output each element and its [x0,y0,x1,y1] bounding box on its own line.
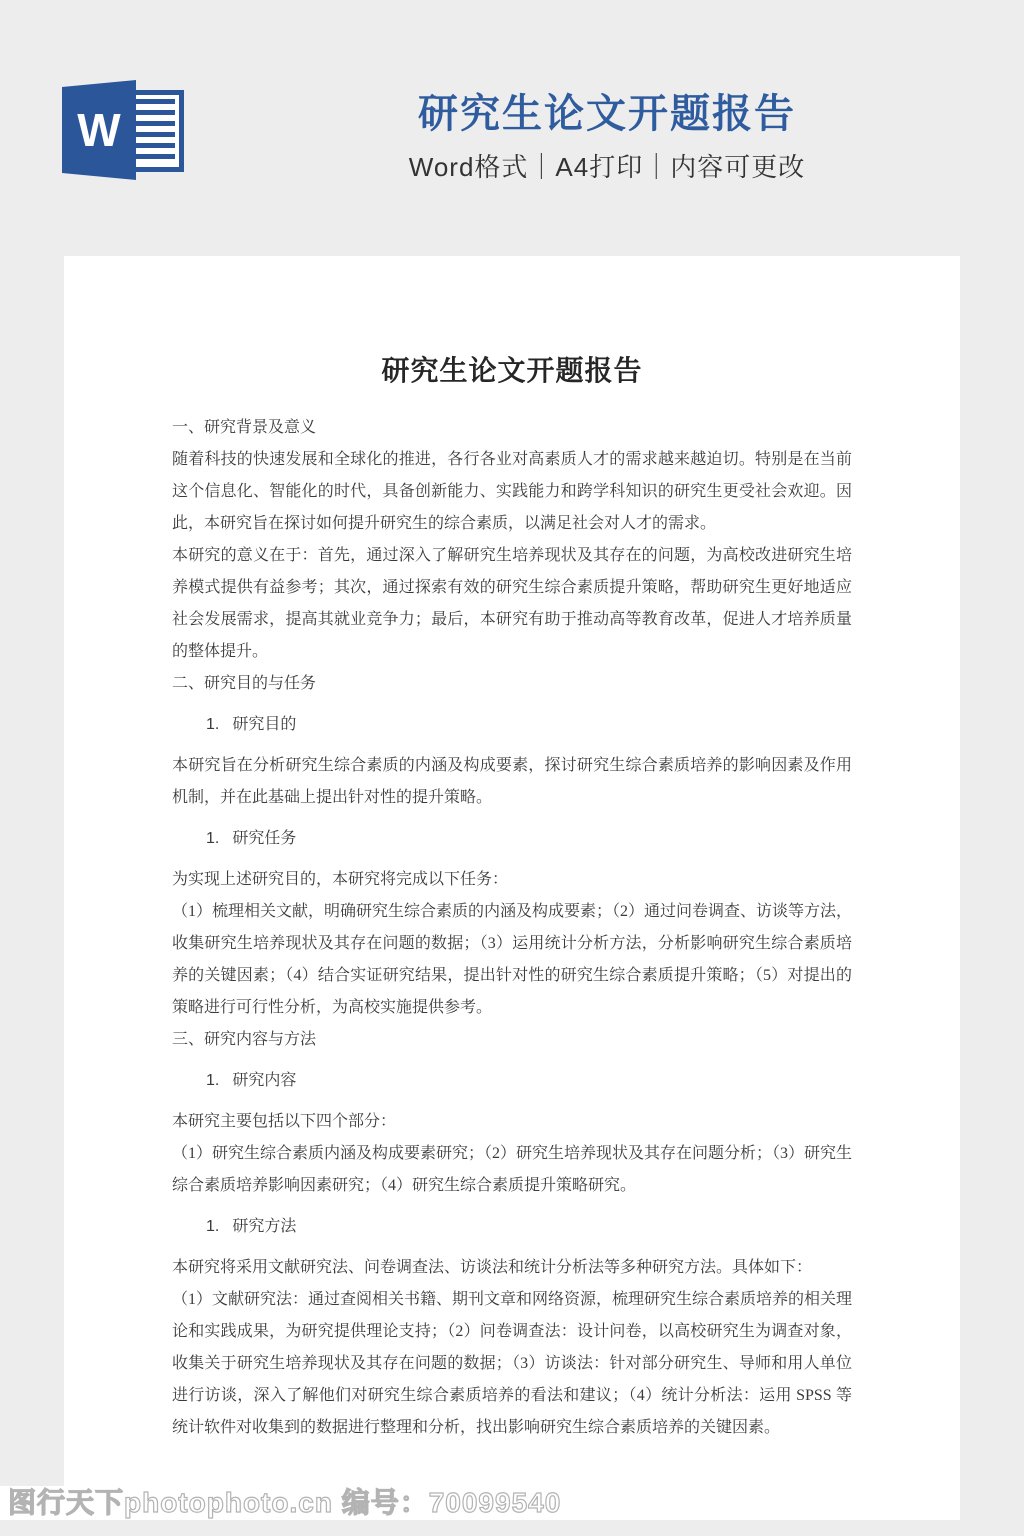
doc-paragraph: （1）梳理相关文献，明确研究生综合素质的内涵及构成要素；（2）通过问卷调查、访谈… [172,896,852,1024]
document-page: 研究生论文开题报告 一、研究背景及意义随着科技的快速发展和全球化的推进，各行各业… [64,256,960,1520]
doc-title: 研究生论文开题报告 [172,354,852,390]
doc-paragraph: 为实现上述研究目的，本研究将完成以下任务： [172,864,852,896]
doc-paragraph: 随着科技的快速发展和全球化的推进，各行各业对高素质人才的需求越来越迫切。特别是在… [172,444,852,540]
doc-paragraph: （1）研究生综合素质内涵及构成要素研究；（2）研究生培养现状及其存在问题分析；（… [172,1138,852,1202]
preview-header: W 研究生论文开题报告 Word格式｜A4打印｜内容可更改 [0,0,1024,256]
doc-content: 研究生论文开题报告 一、研究背景及意义随着科技的快速发展和全球化的推进，各行各业… [172,354,852,1444]
bottom-strip [0,1520,1024,1536]
word-icon-flag: W [62,80,136,180]
list-label: 研究目的 [232,716,296,733]
word-document-icon: W [62,80,188,188]
list-label: 研究任务 [232,830,296,847]
list-number: 1. [206,716,219,733]
doc-heading: 一、研究背景及意义 [172,412,852,444]
doc-heading: 二、研究目的与任务 [172,668,852,700]
doc-paragraph: （1）文献研究法：通过查阅相关书籍、期刊文章和网络资源，梳理研究生综合素质培养的… [172,1284,852,1444]
doc-list-item: 1.研究内容 [172,1069,852,1093]
template-subtitle: Word格式｜A4打印｜内容可更改 [230,152,984,182]
header-text-block: 研究生论文开题报告 Word格式｜A4打印｜内容可更改 [230,92,984,182]
list-label: 研究内容 [232,1072,296,1089]
doc-paragraph: 本研究主要包括以下四个部分： [172,1106,852,1138]
doc-paragraph: 本研究将采用文献研究法、问卷调查法、访谈法和统计分析法等多种研究方法。具体如下： [172,1252,852,1284]
list-number: 1. [206,1072,219,1089]
template-title: 研究生论文开题报告 [230,92,984,136]
doc-list-item: 1.研究目的 [172,713,852,737]
list-number: 1. [206,1218,219,1235]
doc-paragraph: 本研究的意义在于：首先，通过深入了解研究生培养现状及其存在的问题，为高校改进研究… [172,540,852,668]
doc-list-item: 1.研究任务 [172,827,852,851]
list-label: 研究方法 [232,1218,296,1235]
doc-heading: 三、研究内容与方法 [172,1024,852,1056]
doc-list-item: 1.研究方法 [172,1215,852,1239]
doc-paragraph: 本研究旨在分析研究生综合素质的内涵及构成要素，探讨研究生综合素质培养的影响因素及… [172,750,852,814]
word-icon-letter: W [77,107,120,153]
list-number: 1. [206,830,219,847]
site-watermark: 图行天下photophoto.cn 编号：70099540 [8,1486,960,1520]
